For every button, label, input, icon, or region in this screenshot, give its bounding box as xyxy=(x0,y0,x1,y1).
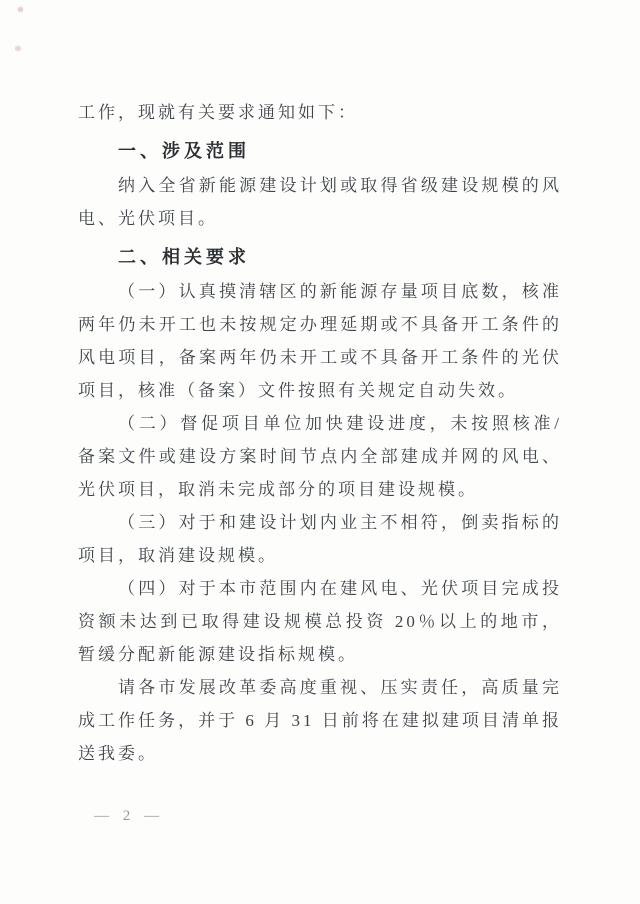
section-1-paragraph: 纳入全省新能源建设计划或取得省级建设规模的风电、光伏项目。 xyxy=(78,169,562,235)
requirement-item-2-paragraph: （二）督促项目单位加快建设进度，未按照核准/备案文件或建设方案时间节点内全部建成… xyxy=(78,407,562,506)
closing-paragraph: 请各市发展改革委高度重视、压实责任，高质量完成工作任务，并于 6 月 31 日前… xyxy=(78,671,562,770)
document-body: 工作，现就有关要求通知如下： 一、涉及范围 纳入全省新能源建设计划或取得省级建设… xyxy=(78,96,562,770)
requirement-item-3-paragraph: （三）对于和建设计划内业主不相符，倒卖指标的项目，取消建设规模。 xyxy=(78,506,562,572)
scan-speck-icon xyxy=(15,46,21,51)
scan-speck-icon xyxy=(18,7,23,12)
scanned-document-page: 工作，现就有关要求通知如下： 一、涉及范围 纳入全省新能源建设计划或取得省级建设… xyxy=(0,0,640,904)
requirement-item-1-paragraph: （一）认真摸清辖区的新能源存量项目底数，核准两年仍未开工也未按规定办理延期或不具… xyxy=(78,275,562,407)
page-number: — 2 — xyxy=(94,806,164,826)
requirement-item-4-paragraph: （四）对于本市范围内在建风电、光伏项目完成投资额未达到已取得建设规模总投资 20… xyxy=(78,572,562,671)
section-1-heading: 一、涉及范围 xyxy=(78,135,562,168)
intro-continuation-paragraph: 工作，现就有关要求通知如下： xyxy=(78,96,562,129)
section-2-heading: 二、相关要求 xyxy=(78,241,562,274)
